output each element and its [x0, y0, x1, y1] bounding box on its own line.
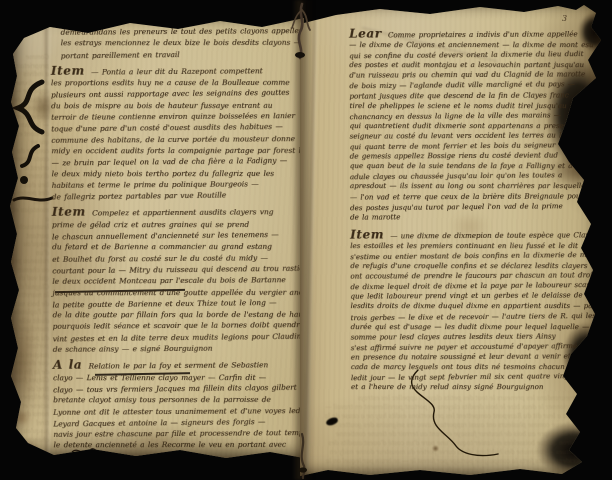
manuscript-line: portant jusques dite que descend de la f…	[349, 90, 601, 101]
fold-crease	[303, 2, 319, 478]
manuscript-line: vint gestes et en la dite terre deux mud…	[53, 330, 299, 344]
manuscript-line: le detente ancienneté a les Recorme le v…	[53, 439, 299, 451]
manuscript-line: Item Compelez et appartiennent ausdits c…	[52, 206, 298, 220]
right-page: demeurandans les preneurs le tout des pe…	[300, 2, 608, 478]
binding-thread-mark-top	[288, 2, 316, 62]
manuscript-line: les estrays mencionnez le deux bize le b…	[61, 37, 297, 49]
right-page-text: Lear Comme proprietaires a indivis d'un …	[349, 27, 603, 393]
binding-thread-mark-bottom	[292, 432, 316, 480]
paragraph-initial: Item	[52, 205, 86, 219]
paragraph: Item Compelez et appartiennent ausdits c…	[52, 206, 299, 356]
paragraph-initial: Lear	[349, 26, 382, 40]
manuscript-line: de la dite goutte par fillain fors qua l…	[53, 309, 299, 321]
manuscript-line: cada de marcy lesquels ont tous dits né …	[351, 362, 603, 372]
manuscript-line: le deux occident Montceau par l'escale d…	[52, 274, 298, 287]
manuscript-line: du fetard et de Barienne a commancier au…	[52, 241, 298, 253]
manuscript-line: portant pareillement en travail	[61, 47, 297, 61]
manuscript-line: en presence du notaire soussigné et leur…	[351, 351, 603, 362]
manuscript-line: des postes et audit montajau et a lesova…	[349, 60, 601, 70]
manuscript-line: lesdits droits de dixme duquel dixme en …	[351, 301, 603, 311]
paragraph: demeurandans les preneurs le tout des pe…	[51, 25, 297, 61]
left-page: Comme proprietaires a indivis d'un dixme…	[8, 12, 304, 464]
manuscript-line: qui quantretient dudit dixmerie sont app…	[350, 121, 602, 131]
manuscript-line: seigneur au costé du levant vers occiden…	[350, 130, 602, 141]
manuscript-line: de refugis d'une croquelle confins et se…	[350, 261, 602, 271]
manuscript-line: trois gerbes — le dixe et de recevoir — …	[351, 310, 603, 323]
paragraph-initial: Item	[51, 64, 85, 78]
manuscript-line: A la Relation le par la foy et serment d…	[53, 358, 299, 372]
manuscript-line: qui quant terre de mont ferrier et les b…	[350, 140, 602, 153]
manuscript-line: et a l'heure de midy relud ainsy signé B…	[351, 382, 603, 392]
manuscript-line: s'est affirmé suivre ne payer et accoust…	[351, 341, 603, 354]
stain	[16, 442, 40, 454]
manuscript-line: de fallegriz portez partables par vue Ro…	[52, 189, 298, 203]
paragraph: Lear Comme proprietaires a indivis d'un …	[349, 27, 602, 222]
paragraph: A la Relation le par la foy et serment d…	[53, 358, 300, 451]
manuscript-line: le deux midy nieto bois tertho portez du…	[52, 167, 298, 179]
manuscript-line: Lear Comme proprietaires a indivis d'un …	[349, 27, 601, 40]
manuscript-line: des postes jusqu'au turot par lequel l'o…	[350, 200, 602, 213]
paragraph: Item — une dixme de dixmepion de toute e…	[350, 228, 603, 393]
manuscript-line: durée qui est d'usage — les dudit dixme …	[351, 322, 603, 332]
manuscript-line: du bois de mispre au bois de hauteur fus…	[51, 100, 297, 112]
paragraph-initial: Item	[350, 227, 384, 241]
manuscript-scan: Comme proprietaires a indivis d'un dixme…	[0, 0, 612, 480]
paragraph: Item — Pontia a leur dit du Razepont com…	[51, 64, 298, 202]
manuscript-line: — ze bruin par lequel on la vad de cha f…	[51, 155, 297, 169]
manuscript-line: bretante clayot amisy tous personnes de …	[53, 394, 299, 406]
page-number: 3	[562, 14, 567, 23]
manuscript-line: Item — une dixme de dixmepion de toute e…	[350, 228, 602, 241]
left-page-text: demeurandans les preneurs le tout des pe…	[51, 25, 300, 451]
paragraph-initial: A la	[53, 358, 82, 372]
manuscript-line: apresdout — ils issent au long ou sont c…	[350, 181, 602, 191]
ink-blot-flourish	[8, 68, 54, 218]
